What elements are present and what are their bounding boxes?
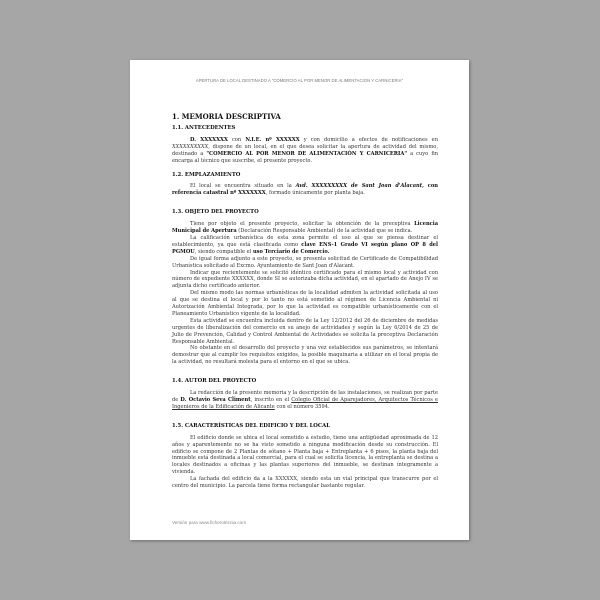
paragraph: El local se encuentra situado en la Avd.…	[172, 183, 438, 197]
section-emplazamiento: 1.2. EMPLAZAMIENTO El local se encuentra…	[172, 172, 438, 198]
section-heading: 1.1. ANTECEDENTES	[172, 125, 438, 132]
document-body: 1. MEMORIA DESCRIPTIVA 1.1. ANTECEDENTES…	[172, 112, 438, 497]
section-antecedentes: 1.1. ANTECEDENTES D. XXXXXXX con N.I.E. …	[172, 125, 438, 165]
paragraph: Del mismo modo las normas urbanísticas d…	[172, 290, 438, 318]
footer-watermark: Versión para www.ficherotecnia.com	[172, 520, 246, 525]
section-autor: 1.4. AUTOR DEL PROYECTO La redacción de …	[172, 378, 438, 411]
paragraph: Esta actividad se encuentra incluida den…	[172, 318, 438, 346]
section-heading: 1.3. OBJETO DEL PROYECTO	[172, 209, 438, 216]
paragraph: De igual forma adjunto a este proyecto, …	[172, 256, 438, 270]
document-title: 1. MEMORIA DESCRIPTIVA	[172, 112, 438, 121]
document-page: APERTURA DE LOCAL DESTINADO A "COMERCIO …	[130, 60, 469, 540]
paragraph: Indicar que recientemente se solicitó id…	[172, 270, 438, 291]
paragraph: La calificación urbanística de esta zona…	[172, 235, 438, 256]
section-heading: 1.5. CARACTERÍSTICAS DEL EDIFICIO Y DEL …	[172, 423, 438, 430]
paragraph: La fachada del edificio da a la XXXXXX, …	[172, 476, 438, 490]
paragraph: D. XXXXXXX con N.I.E. nº XXXXXX y con do…	[172, 137, 438, 165]
paragraph: La redacción de la presente memoria y la…	[172, 390, 438, 411]
running-header: APERTURA DE LOCAL DESTINADO A "COMERCIO …	[130, 78, 469, 83]
section-heading: 1.2. EMPLAZAMIENTO	[172, 172, 438, 179]
paragraph: Tiene por objeto el presente proyecto, s…	[172, 221, 438, 235]
section-objeto: 1.3. OBJETO DEL PROYECTO Tiene por objet…	[172, 209, 438, 366]
paragraph: No obstante en el desarrollo del proyect…	[172, 345, 438, 366]
section-caracteristicas: 1.5. CARACTERÍSTICAS DEL EDIFICIO Y DEL …	[172, 423, 438, 490]
paragraph: El edificio donde se ubica el local some…	[172, 435, 438, 476]
section-heading: 1.4. AUTOR DEL PROYECTO	[172, 378, 438, 385]
